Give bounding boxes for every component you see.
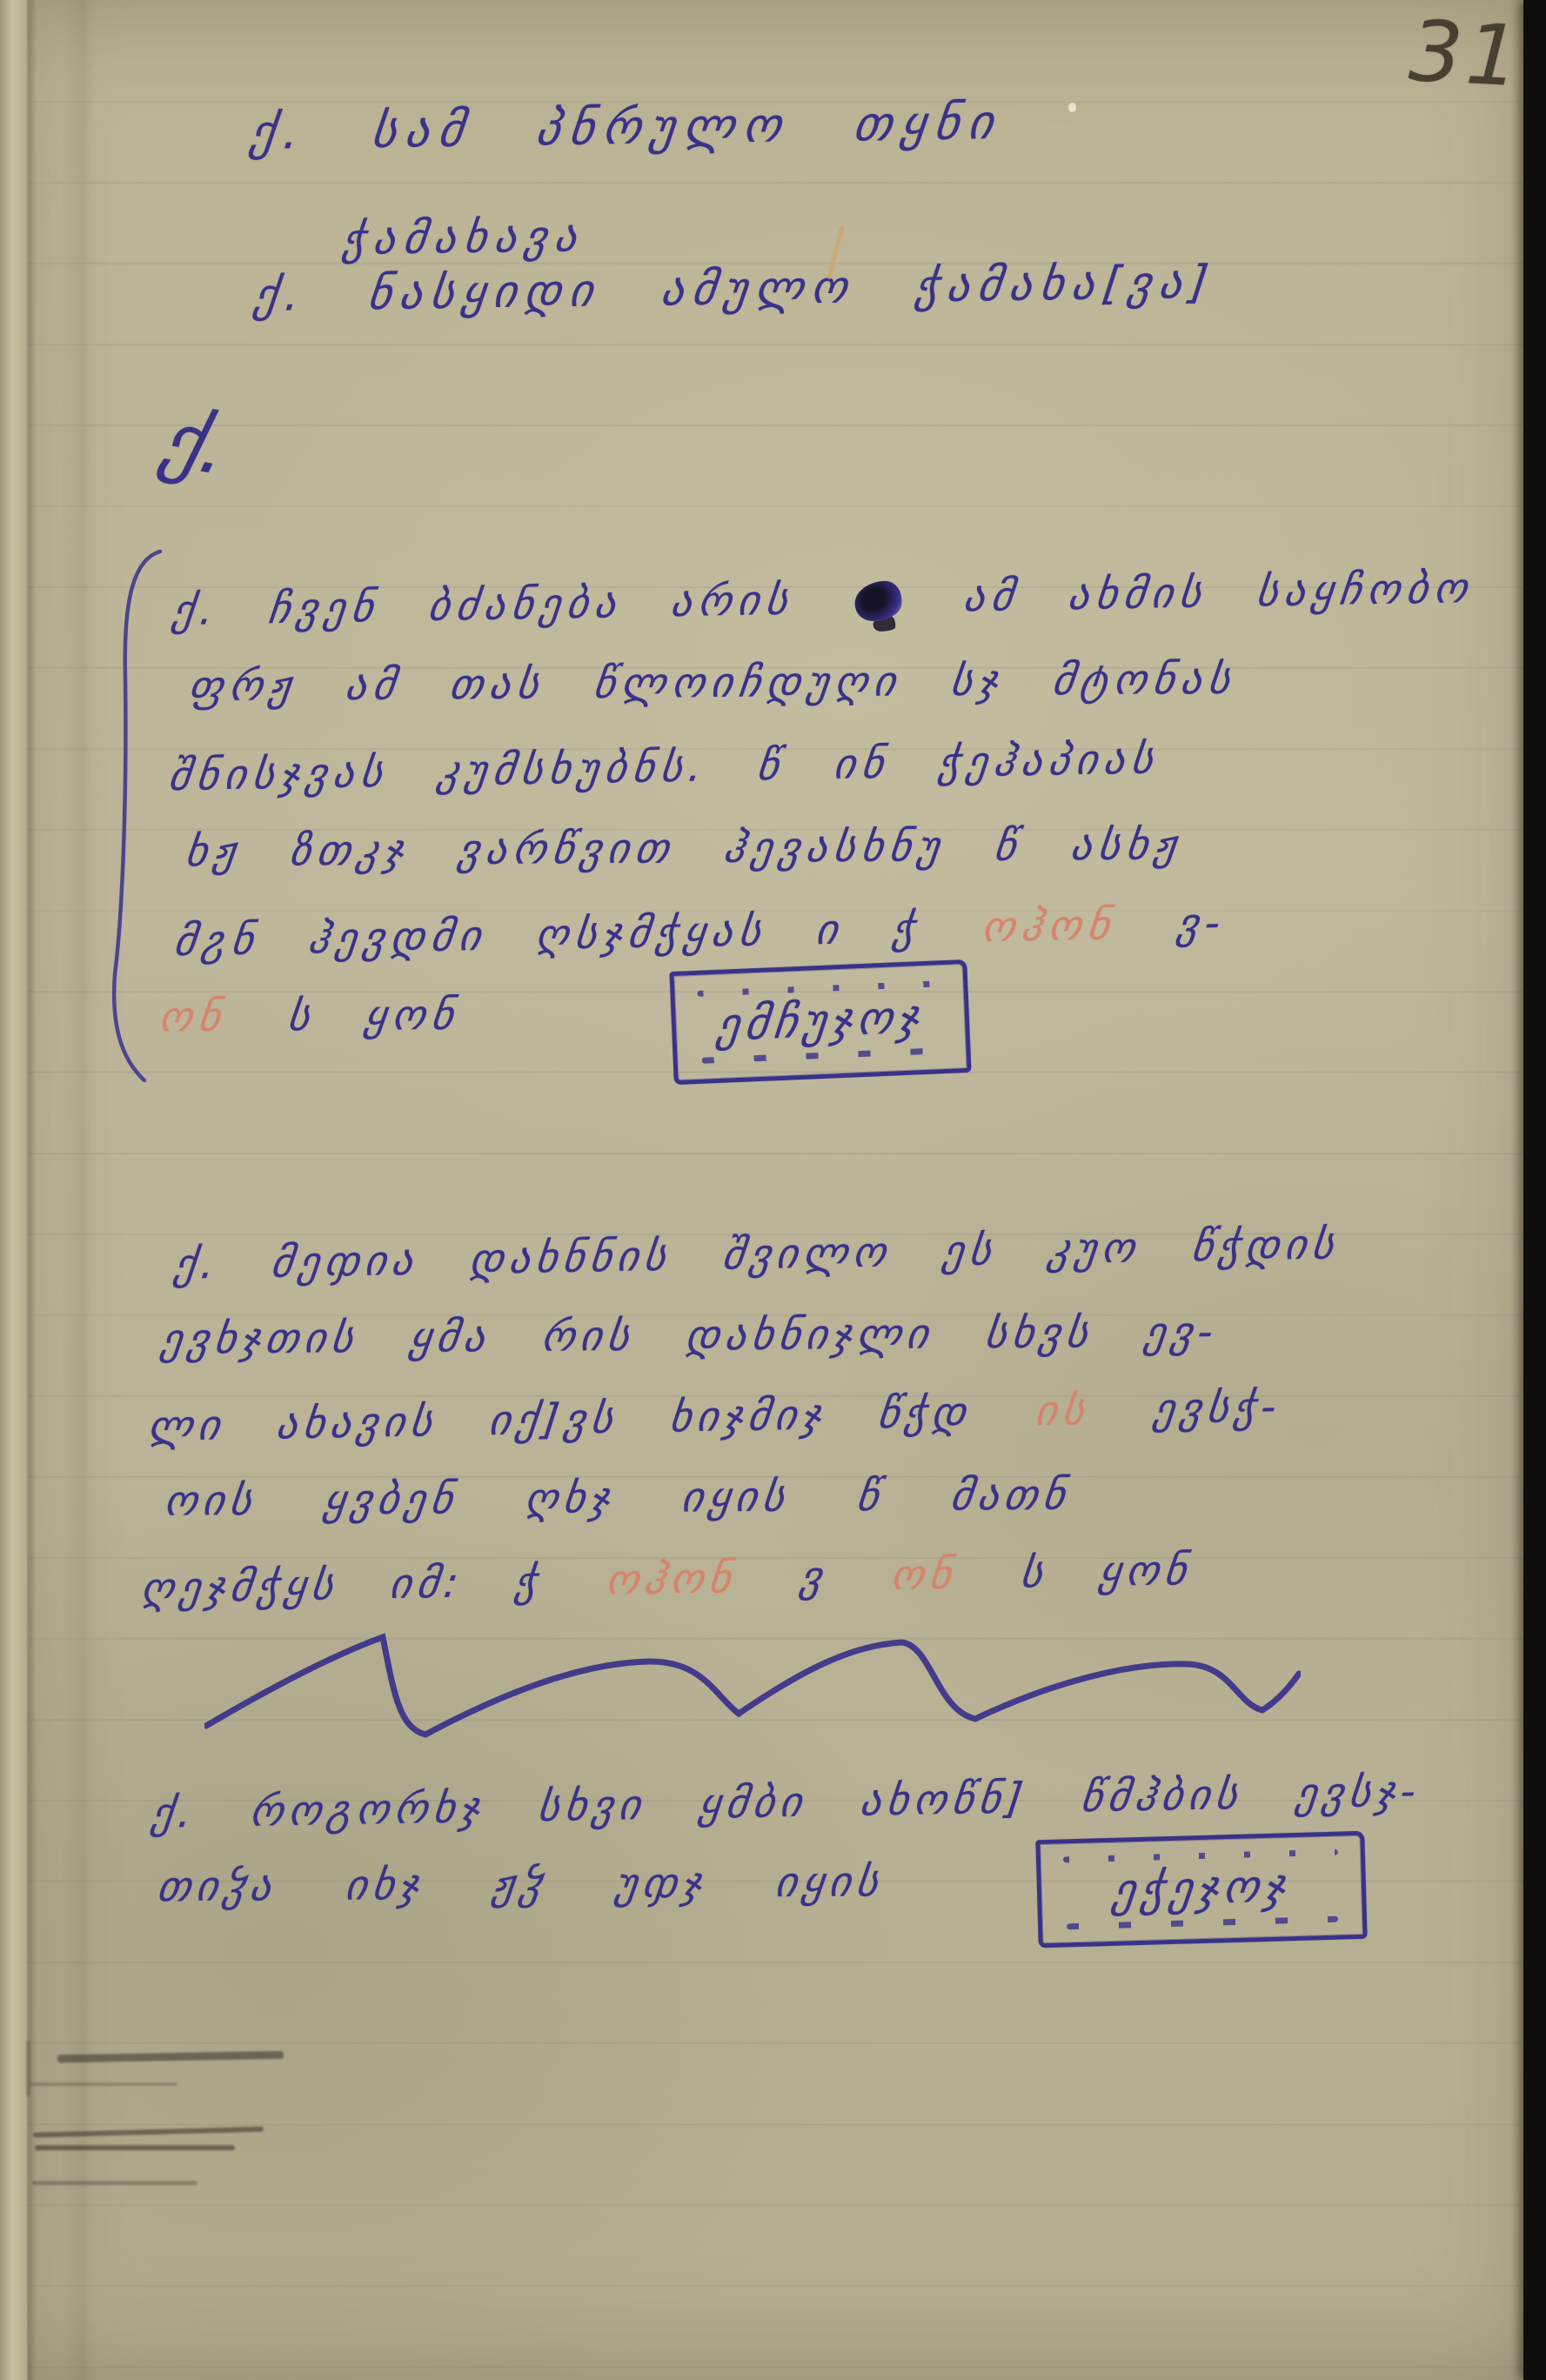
- text-run: ხჟ ზთკჯ ვარწვით ჰევასხნუ წ ასხჟ: [180, 804, 1188, 893]
- para1-line1: ქ. ჩვენ ბძანება არის ამ ახმის საყჩობო: [167, 547, 1490, 652]
- text-run: ევხჯთის ყმა რის დახნიჯლი სხვს ევ-: [156, 1292, 1223, 1380]
- margin-smudge: [26, 2041, 30, 2096]
- text-run: ს ყონ: [1015, 1530, 1196, 1614]
- text-run: ქ. ჩვენ ბძანება არის: [167, 559, 799, 652]
- text-run: ოის ყვბენ ღხჯ იყის წ მათნ: [159, 1454, 1075, 1541]
- para1-line2: ფრჟ ამ თას წლოიჩდუღი სჯ მტონას: [184, 637, 1490, 728]
- para2-line1: ქ. მეჶია დახნნის შვილო ეს კუო წჭდის: [170, 1204, 1356, 1306]
- margin-smudge: [35, 2145, 235, 2150]
- stamp-text: ემჩუჯოჯ: [687, 990, 954, 1053]
- para2-line2: ევხჯთის ყმა რის დახნიჯლი სხვს ევ-: [156, 1291, 1356, 1381]
- paragraph-2: ქ. მეჶია დახნნის შვილო ეს კუო წჭდის ევხჯ…: [162, 1214, 1350, 1619]
- red-ink-run: ონ: [154, 976, 232, 1060]
- para2-line4: ოის ყვბენ ღხჯ იყის წ მათნ: [159, 1453, 1356, 1542]
- header-line-1: ქ. სამ პნრულო თყნი: [247, 94, 1006, 160]
- para1-line4: ხჟ ზთკჯ ვარწვით ჰევასხნუ წ ასხჟ: [180, 802, 1490, 893]
- para2-line3: ლი ახავის იქ]ვს ხიჯმიჯ წჭდ ის ევსჭ-: [144, 1366, 1356, 1467]
- stamp-text: ეჭეჯოჯ: [1052, 1858, 1351, 1919]
- approval-stamp-box-1: ემჩუჯოჯ: [669, 959, 971, 1085]
- margin-smudge: [32, 2181, 197, 2185]
- text-run: ევსჭ-: [1148, 1367, 1286, 1450]
- text-run: ფრჟ ამ თას წლოიჩდუღი სჯ მტონას: [184, 638, 1241, 728]
- binding-edge: [0, 0, 96, 2380]
- curly-brace-mark: [103, 546, 167, 1090]
- text-run: ქ.: [153, 394, 238, 492]
- red-ink-run: ონ: [887, 1534, 961, 1616]
- stamp-dots: [1067, 1916, 1338, 1930]
- ink-blot: [853, 581, 905, 622]
- text-run: ქ. მეჶია დახნნის შვილო ეს კუო წჭდის: [170, 1204, 1344, 1305]
- text-run: ჭამახავა: [340, 211, 588, 264]
- text-run: თიჴა იხჯ ჟჴ უჶჯ იყის: [152, 1842, 888, 1927]
- margin-smudge: [30, 2082, 177, 2086]
- para1-line3: შნისჯვას კუმსხუბნს. წ ინ ჭეჰაპიას: [164, 712, 1490, 818]
- text-run: ღეჯმჭყს იმ: ჭ: [137, 1541, 547, 1629]
- paper-speck: [1068, 103, 1076, 112]
- red-ink-run: ოჰონ: [601, 1538, 741, 1621]
- manuscript-page: 31 ქ. სამ პნრულო თყნი ჭამახავა ქ. ნასყიდ…: [0, 0, 1546, 2380]
- red-ink-run: ოჰონ: [977, 884, 1121, 969]
- para2-line5: ღეჯმჭყს იმ: ჭ ოჰონ ვ ონ ს ყონ: [137, 1528, 1356, 1629]
- wavy-line-divider: [204, 1632, 1301, 1747]
- header-line-3: ქ. ნასყიდი ამულო ჭამახა[ვა]: [251, 257, 1219, 322]
- ruled-lines: [0, 0, 1546, 2380]
- header-line-2: ჭამახავა: [340, 211, 588, 264]
- scan-black-edge: [1523, 0, 1546, 2380]
- text-run: ქ. სამ პნრულო თყნი: [247, 94, 1006, 160]
- text-run: ამ ახმის საყჩობო: [959, 547, 1478, 638]
- margin-mark: ქ.: [153, 394, 238, 492]
- text-run: ლი ახავის იქ]ვს ხიჯმიჯ წჭდ: [144, 1373, 976, 1467]
- text-run: ქ. ნასყიდი ამულო ჭამახა[ვა]: [251, 257, 1219, 322]
- text-run: ს ყონ: [283, 974, 465, 1058]
- red-ink-run: ის: [1030, 1370, 1094, 1452]
- approval-stamp-box-2: ეჭეჯოჯ: [1035, 1831, 1367, 1949]
- text-run: ვ: [795, 1536, 832, 1618]
- text-run: ვ-: [1172, 882, 1231, 966]
- page-number: 31: [1407, 3, 1525, 106]
- text-run: შნისჯვას კუმსხუბნს. წ ინ ჭეჰაპიას: [164, 718, 1164, 818]
